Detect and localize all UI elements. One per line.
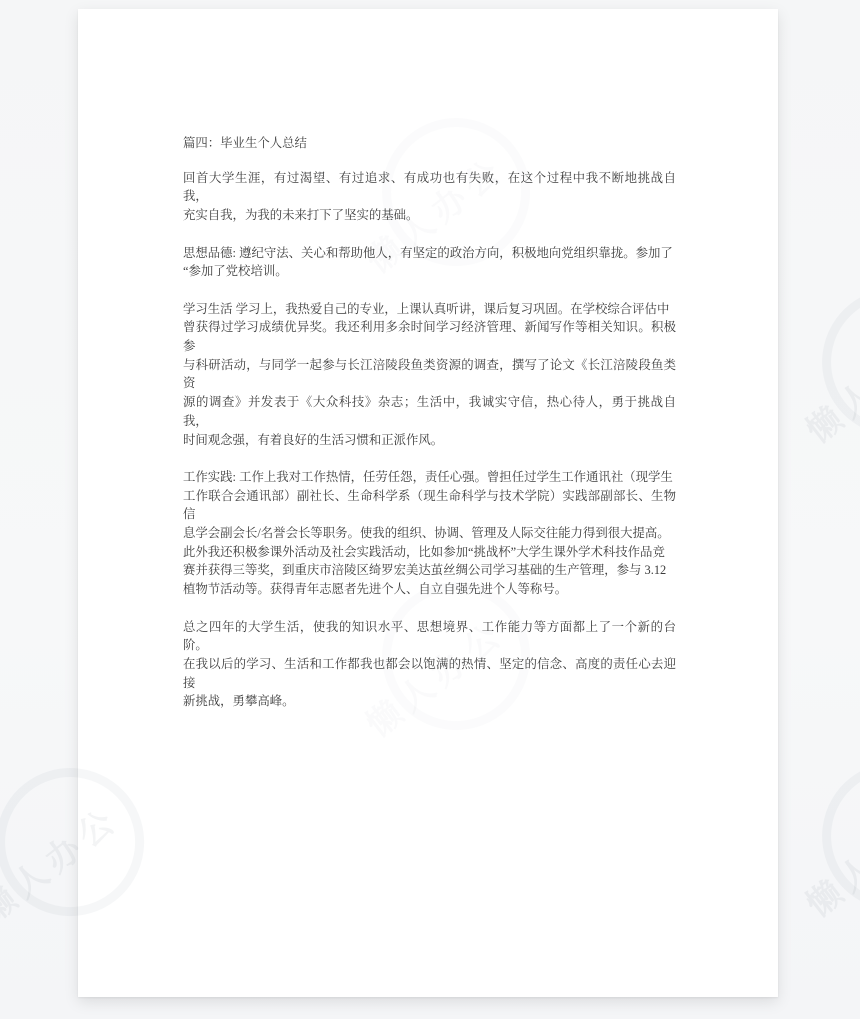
watermark: 懒人办公 [794,313,860,453]
paragraph-work-practice: 工作实践: 工作上我对工作热情，任劳任怨，责任心强。曾担任过学生工作通讯社（现学… [183,468,676,599]
watermark: 懒人办公 [794,787,860,927]
paragraph-conclusion: 总之四年的大学生活，使我的知识水平、思想境界、工作能力等方面都上了一个新的台阶。… [183,618,676,712]
watermark-text: 懒人办公 [800,794,860,925]
document-viewer: 懒人办公 懒人办公 懒人办公 懒人办公 懒人办公 篇四：毕业生个人总结 回首大学… [0,0,860,1019]
document-title: 篇四：毕业生个人总结 [183,134,676,153]
paragraph-moral-character: 思想品德: 遵纪守法、关心和帮助他人，有坚定的政治方向，积极地向党组织靠拢。参加… [183,244,676,281]
paragraph-intro: 回首大学生涯，有过渴望、有过追求、有成功也有失败，在这个过程中我不断地挑战自我，… [183,169,676,225]
watermark-text: 懒人办公 [800,320,860,451]
paragraph-study-life: 学习生活 学习上，我热爱自己的专业，上课认真听讲，课后复习巩固。在学校综合评估中… [183,300,676,450]
document-page: 篇四：毕业生个人总结 回首大学生涯，有过渴望、有过追求、有成功也有失败，在这个过… [78,9,778,997]
